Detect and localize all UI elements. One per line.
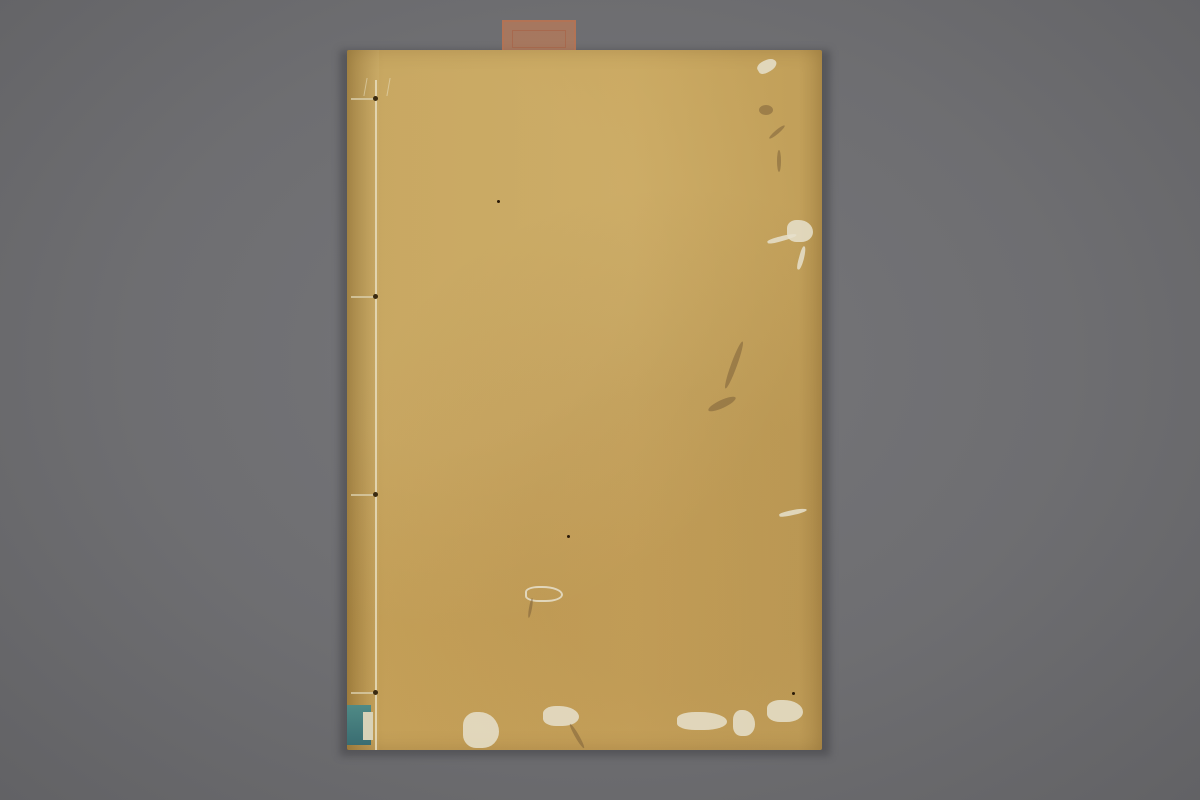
binding-thread bbox=[375, 80, 377, 750]
stitch-hole bbox=[373, 492, 378, 497]
corner-thread bbox=[363, 78, 390, 96]
stitch bbox=[351, 296, 375, 298]
stain bbox=[777, 150, 781, 172]
stitch bbox=[351, 494, 375, 496]
stitch bbox=[351, 98, 375, 100]
ink-dot bbox=[567, 535, 570, 538]
worm-damage bbox=[787, 220, 813, 242]
worm-damage bbox=[677, 712, 727, 730]
stitch bbox=[351, 692, 375, 694]
seal-inner-border bbox=[512, 30, 566, 48]
corner-paper-patch bbox=[363, 712, 373, 740]
book-cover bbox=[347, 50, 822, 750]
worm-damage bbox=[543, 706, 579, 726]
worm-damage bbox=[463, 712, 499, 748]
stain bbox=[759, 105, 773, 115]
stitch-hole bbox=[373, 690, 378, 695]
worm-damage bbox=[767, 700, 803, 722]
worm-damage bbox=[733, 710, 755, 736]
stitch-hole bbox=[373, 294, 378, 299]
stitch-hole bbox=[373, 96, 378, 101]
ink-dot bbox=[497, 200, 500, 203]
paper-texture bbox=[347, 50, 822, 750]
ink-dot bbox=[792, 692, 795, 695]
